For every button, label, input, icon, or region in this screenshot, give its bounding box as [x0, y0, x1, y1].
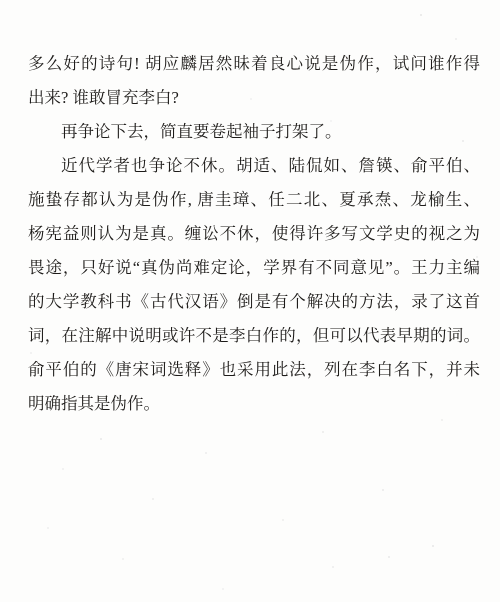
scan-noise	[0, 0, 2, 2]
text-line: 再争论下去，简直要卷起袖子打架了。	[28, 115, 480, 149]
text-block: 多么好的诗句! 胡应麟居然昧着良心说是伪作，试问谁作得 出来? 谁敢冒充李白? …	[28, 47, 480, 421]
paragraph-continuation: 多么好的诗句! 胡应麟居然昧着良心说是伪作，试问谁作得 出来? 谁敢冒充李白?	[28, 47, 480, 115]
text-line: 杨宪益则认为是真。缠讼不休，使得许多写文学史的视之为	[28, 217, 480, 251]
text-line: 畏途，只好说“真伪尚难定论，学界有不同意见”。王力主编	[28, 251, 480, 285]
text-line: 明确指其是伪作。	[28, 387, 480, 421]
text-line: 近代学者也争论不休。胡适、陆侃如、詹锳、俞平伯、	[28, 149, 480, 183]
text-line: 的大学教科书《古代汉语》倒是有个解决的方法，录了这首	[28, 285, 480, 319]
text-line: 出来? 谁敢冒充李白?	[28, 81, 480, 115]
text-line: 俞平伯的《唐宋词选释》也采用此法，列在李白名下，并未	[28, 353, 480, 387]
text-line: 多么好的诗句! 胡应麟居然昧着良心说是伪作，试问谁作得	[28, 47, 480, 81]
book-page: 多么好的诗句! 胡应麟居然昧着良心说是伪作，试问谁作得 出来? 谁敢冒充李白? …	[0, 0, 500, 602]
paragraph: 再争论下去，简直要卷起袖子打架了。	[28, 115, 480, 149]
text-line: 词，在注解中说明或许不是李白作的，但可以代表早期的词。	[28, 319, 480, 353]
paragraph: 近代学者也争论不休。胡适、陆侃如、詹锳、俞平伯、 施蛰存都认为是伪作, 唐圭璋、…	[28, 149, 480, 421]
text-line: 施蛰存都认为是伪作, 唐圭璋、任二北、夏承焘、龙榆生、	[28, 183, 480, 217]
